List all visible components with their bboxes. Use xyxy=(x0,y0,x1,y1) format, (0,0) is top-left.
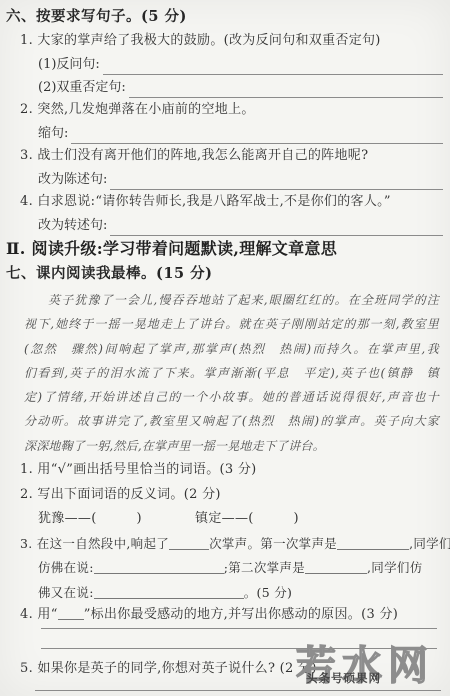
worksheet-page: 六、按要求写句子。(5 分) 1. 大家的掌声给了我极大的鼓励。(改为反问句和双… xyxy=(0,0,450,696)
q3-text-c: ,同学们 xyxy=(409,536,450,551)
answer-blank-line xyxy=(103,56,443,75)
q3-text-b: 次掌声。第一次掌声是 xyxy=(209,536,337,551)
q3-text-d: 仿佛在说: xyxy=(38,560,94,575)
inline-blank xyxy=(337,537,409,550)
question-6-2: 2. 突然,几发炮弹落在小庙前的空地上。 xyxy=(20,98,443,121)
question-6-1: 1. 大家的掌声给了我极大的鼓励。(改为反问句和双重否定句) xyxy=(20,29,443,52)
passage-line: 英子犹豫了一会儿,慢吞吞地站了起来,眼圈红红的。在全班同学的注 xyxy=(24,288,439,312)
question-6-3: 3. 战士们没有离开他们的阵地,我怎么能离开自己的阵地呢? xyxy=(20,144,443,167)
inline-blank xyxy=(305,561,367,574)
question-7-2: 2. 写出下面词语的反义词。(2 分) xyxy=(20,483,443,508)
passage-line: 分动听。故事讲完了,教室里又响起了(热烈 热闹)的掌声。英子向大家 xyxy=(24,409,439,433)
answer-label-shorten: 缩句: xyxy=(38,123,68,144)
passage-line: 定)了情绪,开始讲述自己的一个小故事。她的普通话说得很好,声音也十 xyxy=(24,385,439,409)
question-7-1: 1. 用“√”画出括号里恰当的词语。(3 分) xyxy=(20,458,443,483)
inline-blank xyxy=(94,561,224,574)
question-7-3-line1: 3. 在这一自然段中,响起了次掌声。第一次掌声是,同学们 xyxy=(20,532,443,557)
inline-blank xyxy=(58,607,84,620)
inline-blank xyxy=(169,537,209,550)
part-two-title: Ⅱ. 阅读升级:学习带着问题默读,理解文章意思 xyxy=(6,236,443,262)
reading-passage: 英子犹豫了一会儿,慢吞吞地站了起来,眼圈红红的。在全班同学的注 视下,她终于一摇… xyxy=(24,288,439,458)
inline-blank xyxy=(94,586,244,599)
q3-text-h: 。(5 分) xyxy=(244,585,292,600)
section-seven-title: 七、课内阅读我最棒。(15 分) xyxy=(6,262,443,286)
answer-row-declarative: 改为陈述句: xyxy=(38,167,443,190)
question-7-3-line2: 仿佛在说:;第二次掌声是,同学们仿 xyxy=(38,556,443,581)
answer-label-rhetorical: (1)反问句: xyxy=(38,54,100,75)
q4-text-a: 4. 用“ xyxy=(20,607,58,622)
question-7-3-line3: 佛又在说:。(5 分) xyxy=(38,581,443,606)
answer-row-reported-speech: 改为转述句: xyxy=(38,213,443,236)
answer-row-shorten: 缩句: xyxy=(38,121,443,144)
watermark-account-name: 头条号硕果网 xyxy=(306,670,381,686)
answer-blank-line xyxy=(41,628,437,629)
q3-text-f: ,同学们仿 xyxy=(367,560,422,575)
passage-line: (忽然 骤然)间响起了掌声,那掌声(热烈 热闹)而持久。在掌声里,我 xyxy=(24,337,439,361)
passage-line: 深深地鞠了一躬,然后,在掌声里一摇一晃地走下了讲台。 xyxy=(24,434,439,458)
answer-label-double-negative: (2)双重否定句: xyxy=(38,77,126,98)
answer-blank-line xyxy=(110,171,443,190)
question-7-4: 4. 用“”标出你最受感动的地方,并写出你感动的原因。(3 分) xyxy=(20,605,443,625)
q3-text-e: ;第二次掌声是 xyxy=(224,560,305,575)
section-six-title: 六、按要求写句子。(5 分) xyxy=(6,5,443,29)
answer-row-double-negative: (2)双重否定句: xyxy=(38,75,443,98)
answer-blank-line xyxy=(71,125,443,144)
antonym-words-row: 犹豫——( ) 镇定——( ) xyxy=(38,507,443,532)
answer-label-declarative: 改为陈述句: xyxy=(38,169,107,190)
answer-label-reported-speech: 改为转述句: xyxy=(38,215,107,236)
answer-blank-line xyxy=(110,217,443,236)
q3-text-a: 3. 在这一自然段中,响起了 xyxy=(20,536,169,551)
watermark: 若水网 头条号硕果网 xyxy=(296,639,448,693)
passage-line: 们看到,英子的泪水流了下来。掌声渐渐(平息 平定),英子也(镇静 镇 xyxy=(24,361,439,385)
answer-row-rhetorical: (1)反问句: xyxy=(38,52,443,75)
q3-text-g: 佛又在说: xyxy=(38,585,94,600)
q4-text-b: ”标出你最受感动的地方,并写出你感动的原因。(3 分) xyxy=(84,607,398,622)
question-6-4: 4. 白求恩说:“请你转告师长,我是八路军战士,不是你们的客人。” xyxy=(20,190,443,213)
answer-blank-line xyxy=(129,79,443,98)
passage-line: 视下,她终于一摇一晃地走上了讲台。就在英子刚刚站定的那一刻,教室里 xyxy=(24,312,439,336)
